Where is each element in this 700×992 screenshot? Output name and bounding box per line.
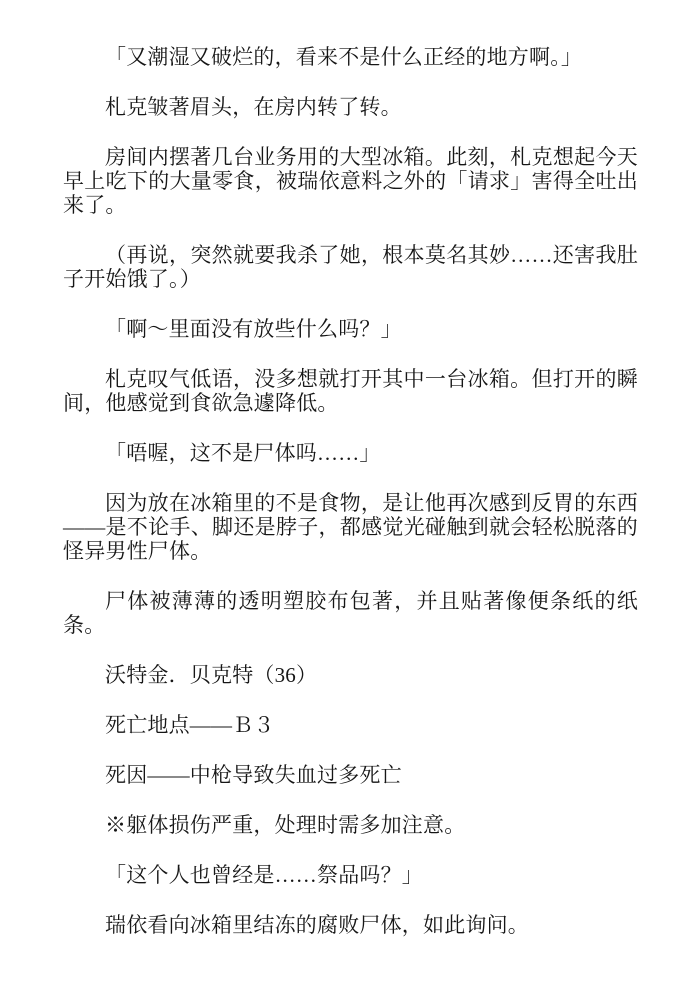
paragraph-narration: 房间内摆著几台业务用的大型冰箱。此刻，札克想起今天早上吃下的大量零食，被瑞依意料… [63, 145, 638, 217]
paragraph-dialogue: 「又潮湿又破烂的，看来不是什么正经的地方啊。」 [63, 45, 638, 69]
paragraph-dialogue: 「这个人也曾经是……祭品吗？」 [63, 863, 638, 887]
paragraph-note-death-place: 死亡地点——Ｂ３ [63, 713, 638, 737]
paragraph-narration: 尸体被薄薄的透明塑胶布包著，并且贴著像便条纸的纸条。 [63, 589, 638, 637]
paragraph-inner-thought: （再说，突然就要我杀了她，根本莫名其妙……还害我肚子开始饿了。） [63, 243, 638, 291]
document-page: 「又潮湿又破烂的，看来不是什么正经的地方啊。」 札克皱著眉头，在房内转了转。 房… [0, 0, 700, 992]
paragraph-note-name: 沃特金．贝克特（36） [63, 663, 638, 687]
paragraph-note-death-cause: 死因——中枪导致失血过多死亡 [63, 763, 638, 787]
paragraph-narration: 瑞依看向冰箱里结冻的腐败尸体，如此询问。 [63, 913, 638, 937]
paragraph-narration: 因为放在冰箱里的不是食物，是让他再次感到反胃的东西——是不论手、脚还是脖子，都感… [63, 491, 638, 563]
paragraph-dialogue: 「唔喔，这不是尸体吗……」 [63, 441, 638, 465]
paragraph-narration: 札克皱著眉头，在房内转了转。 [63, 95, 638, 119]
paragraph-note-warning: ※躯体损伤严重，处理时需多加注意。 [63, 813, 638, 837]
paragraph-narration: 札克叹气低语，没多想就打开其中一台冰箱。但打开的瞬间，他感觉到食欲急遽降低。 [63, 367, 638, 415]
paragraph-dialogue: 「啊～里面没有放些什么吗？」 [63, 317, 638, 341]
